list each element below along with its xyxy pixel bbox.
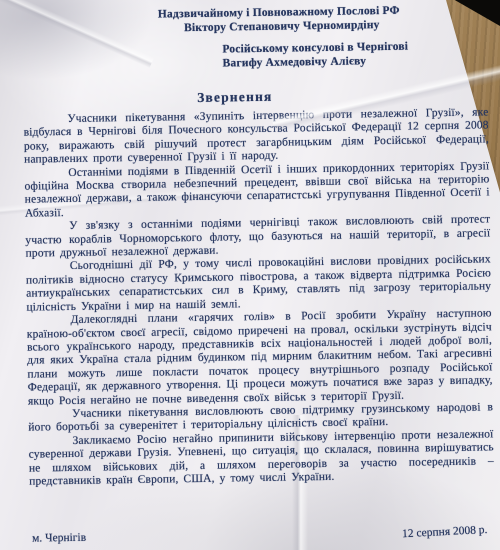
- paragraph-5: Далекоглядні плани «гарячих голів» в Рос…: [27, 307, 493, 408]
- paragraph-4: Сьогоднішні дії РФ, у тому числі провока…: [26, 254, 492, 315]
- paragraph-7: Закликаємо Росію негайно припинити війсь…: [28, 428, 494, 489]
- letter-body: Учасники пікетування «Зупиніть інтервенц…: [23, 106, 494, 489]
- footer-date: 12 серпня 2008 р.: [401, 524, 487, 540]
- document-photo: Надзвичайному і Повноважному Послові РФ …: [0, 0, 500, 550]
- footer-place: м. Чернігів: [32, 532, 86, 545]
- addressee-block: Надзвичайному і Повноважному Послові РФ …: [158, 3, 488, 71]
- letter-content: Надзвичайному і Повноважному Послові РФ …: [22, 3, 495, 550]
- paragraph-2: Останніми подіями в Південній Осетії і і…: [24, 160, 490, 221]
- paragraph-1: Учасники пікетування «Зупиніть інтервенц…: [23, 106, 489, 167]
- letter-footer: м. Чернігів 12 серпня 2008 р.: [32, 525, 487, 544]
- document-title: Звернення: [197, 85, 488, 106]
